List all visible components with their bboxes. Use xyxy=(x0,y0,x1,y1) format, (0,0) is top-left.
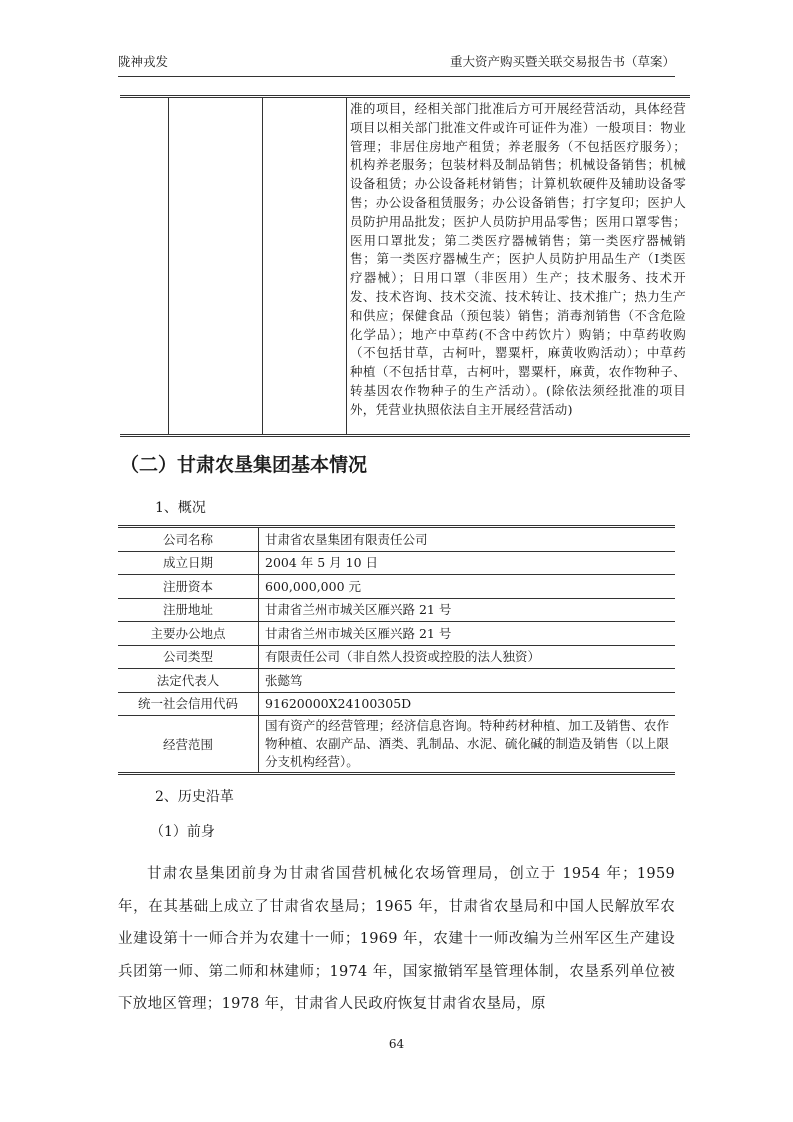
row-label: 法定代表人 xyxy=(118,669,259,693)
section-title: （二）甘肃农垦集团基本情况 xyxy=(120,452,367,478)
row-value: 甘肃省兰州市城关区雁兴路 21 号 xyxy=(259,622,676,646)
table-divider xyxy=(262,98,263,434)
page-header: 陇神戎发 重大资产购买暨关联交易报告书（草案） xyxy=(118,52,675,77)
table-divider xyxy=(168,98,169,434)
row-label: 主要办公地点 xyxy=(118,622,259,646)
header-doc-title: 重大资产购买暨关联交易报告书（草案） xyxy=(450,52,675,72)
table-row: 主要办公地点 甘肃省兰州市城关区雁兴路 21 号 xyxy=(118,622,675,646)
header-company: 陇神戎发 xyxy=(118,52,168,72)
row-value: 国有资产的经营管理；经济信息咨询。特种药材种植、加工及销售、农作物种植、农副产品… xyxy=(259,716,676,774)
row-value: 600,000,000 元 xyxy=(259,575,676,599)
row-label: 成立日期 xyxy=(118,551,259,575)
table-row: 成立日期 2004 年 5 月 10 日 xyxy=(118,551,675,575)
continuation-table: 准的项目，经相关部门批准后方可开展经营活动，具体经营项目以相关部门批准文件或许可… xyxy=(120,95,690,437)
history-paragraph: 甘肃农垦集团前身为甘肃省国营机械化农场管理局，创立于 1954 年；1959 年… xyxy=(118,858,675,1021)
row-label: 注册地址 xyxy=(118,598,259,622)
row-label: 注册资本 xyxy=(118,575,259,599)
row-value: 2004 年 5 月 10 日 xyxy=(259,551,676,575)
table-row: 统一社会信用代码 91620000X24100305D xyxy=(118,692,675,716)
company-info-table: 公司名称 甘肃省农垦集团有限责任公司 成立日期 2004 年 5 月 10 日 … xyxy=(118,525,675,775)
row-label: 经营范围 xyxy=(118,716,259,774)
subsection-overview: 1、概况 xyxy=(155,498,206,518)
row-value: 甘肃省兰州市城关区雁兴路 21 号 xyxy=(259,598,676,622)
subsection-history: 2、历史沿革 xyxy=(155,787,234,807)
row-label: 公司名称 xyxy=(118,527,259,552)
table-row: 经营范围 国有资产的经营管理；经济信息咨询。特种药材种植、加工及销售、农作物种植… xyxy=(118,716,675,774)
table-row: 公司类型 有限责任公司（非自然人投资或控股的法人独资） xyxy=(118,645,675,669)
table-row: 公司名称 甘肃省农垦集团有限责任公司 xyxy=(118,527,675,552)
row-label: 统一社会信用代码 xyxy=(118,692,259,716)
subsection-predecessor: （1）前身 xyxy=(150,822,215,842)
row-value: 有限责任公司（非自然人投资或控股的法人独资） xyxy=(259,645,676,669)
row-value: 张懿笃 xyxy=(259,669,676,693)
page-number: 64 xyxy=(0,1037,793,1051)
table-row: 法定代表人 张懿笃 xyxy=(118,669,675,693)
row-label: 公司类型 xyxy=(118,645,259,669)
table-row: 注册资本 600,000,000 元 xyxy=(118,575,675,599)
table-divider xyxy=(346,98,347,434)
row-value: 甘肃省农垦集团有限责任公司 xyxy=(259,527,676,552)
table-row: 注册地址 甘肃省兰州市城关区雁兴路 21 号 xyxy=(118,598,675,622)
row-value: 91620000X24100305D xyxy=(259,692,676,716)
business-scope-continued: 准的项目，经相关部门批准后方可开展经营活动，具体经营项目以相关部门批准文件或许可… xyxy=(350,100,686,420)
